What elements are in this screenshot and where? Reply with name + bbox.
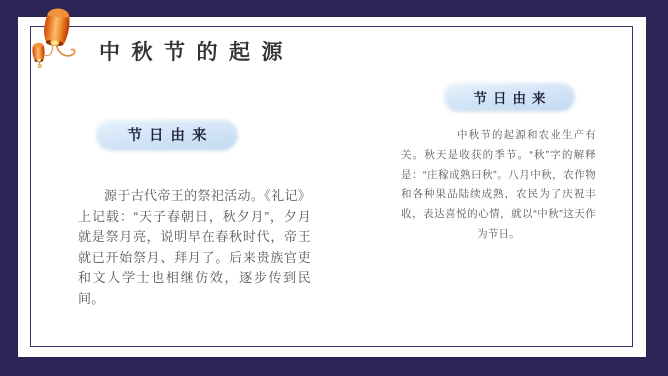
sky-lantern-small-icon (32, 43, 45, 69)
left-section-body: 源于古代帝王的祭祀活动。《礼记》上记载：“天子春朝日，秋夕月”，夕月就是祭月亮，… (78, 186, 311, 309)
right-section-badge: 节日由来 (444, 82, 575, 111)
right-section-badge-label: 节日由来 (474, 87, 552, 107)
left-section-badge: 节日由来 (96, 119, 238, 150)
slide-canvas: 中秋节的起源 节日由来 源于古代帝王的祭祀活动。《礼记》上记载：“天子春朝日，秋… (0, 0, 668, 376)
sky-lantern-icon (24, 0, 96, 80)
left-section-badge-label: 节日由来 (128, 124, 214, 145)
right-section-body: 中秋节的起源和农业生产有关。秋天是收获的季节。“秋”字的解释是：“庄稼成熟曰秋”… (401, 126, 596, 245)
slide-title: 中秋节的起源 (99, 36, 294, 66)
sky-lantern-large-icon (41, 7, 80, 59)
